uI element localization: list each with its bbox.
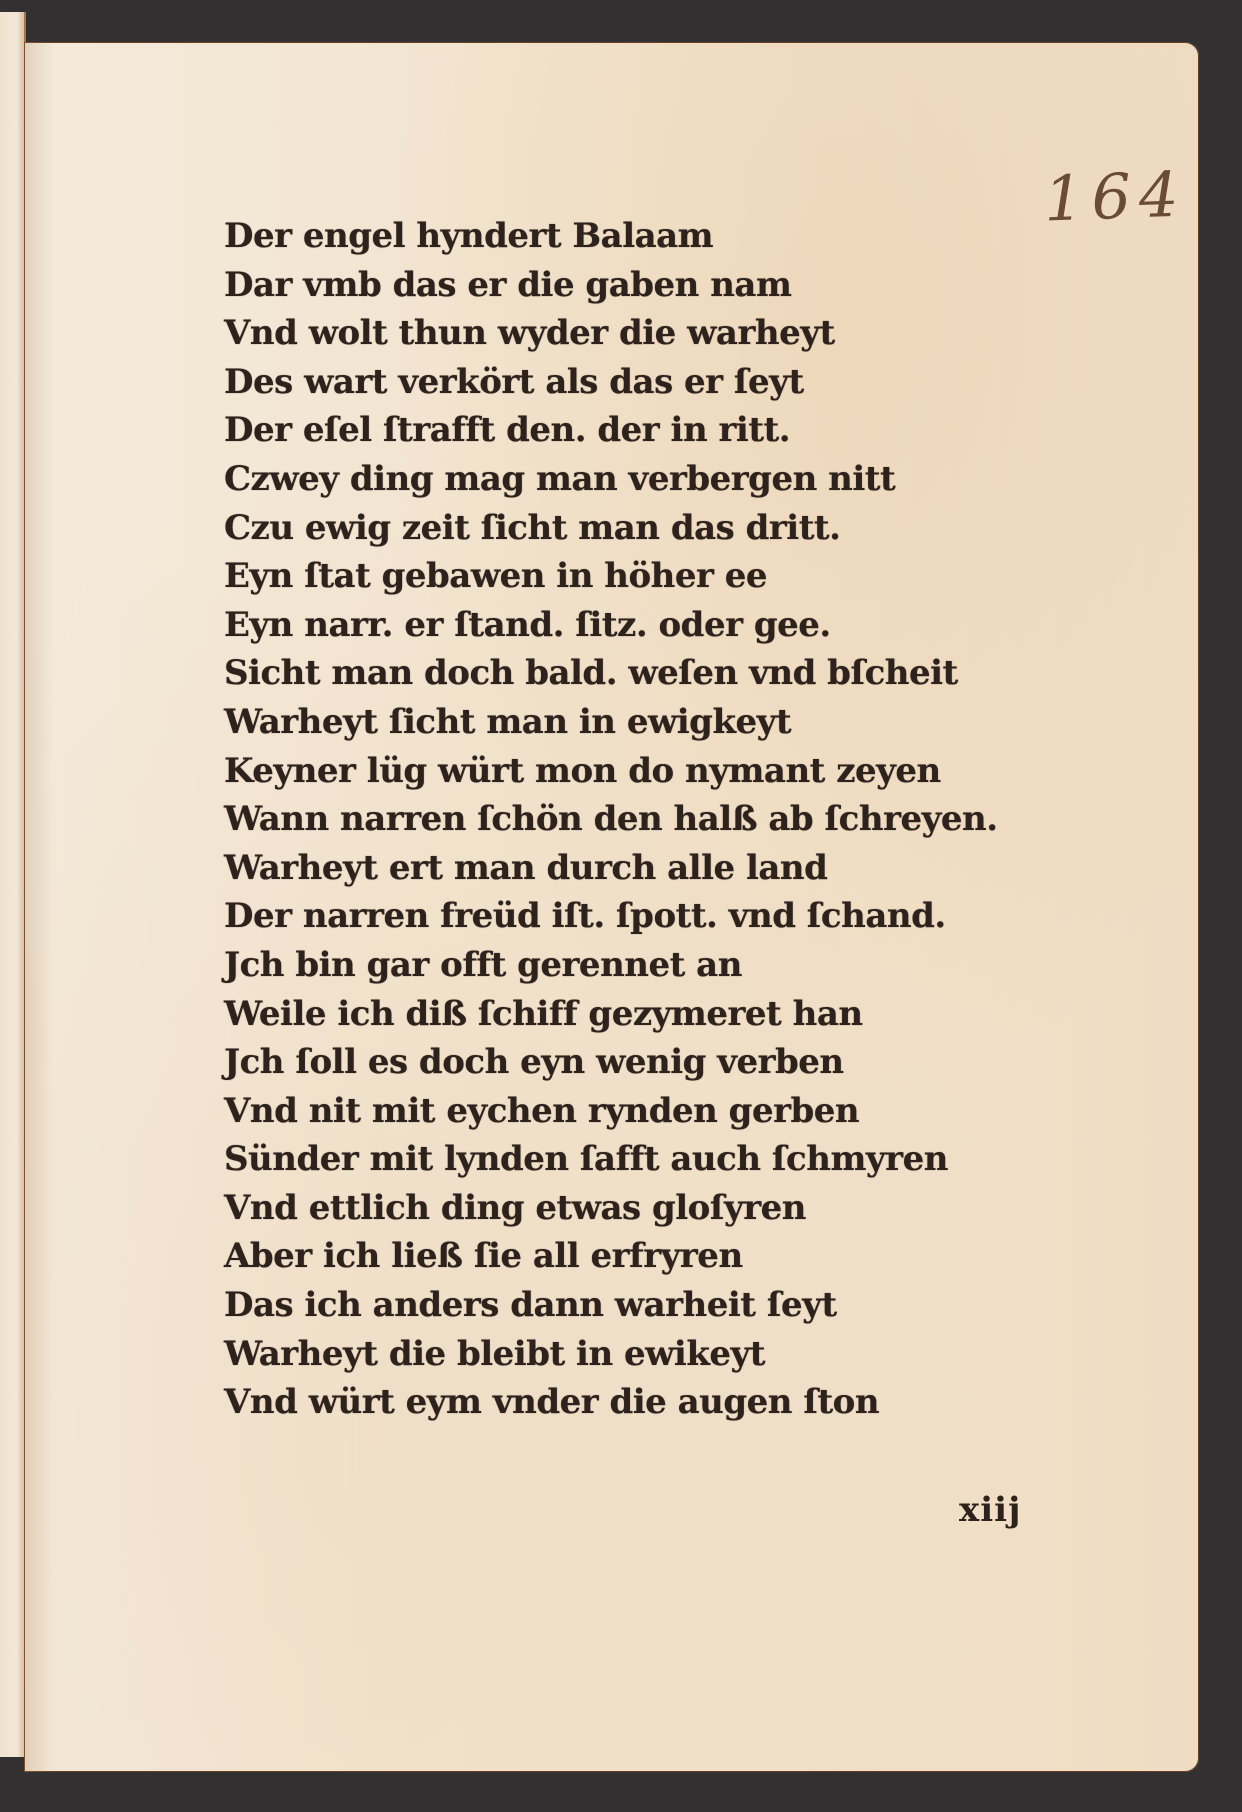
verse-line: Das ich anders dann warheit ſeyt bbox=[224, 1281, 1064, 1330]
verse-line: Czu ewig zeit ſicht man das dritt. bbox=[224, 504, 1064, 553]
previous-page-edge bbox=[0, 12, 26, 1757]
verse-line: Warheyt ert man durch alle land bbox=[224, 844, 1064, 893]
verse-line: Eyn narr. er ſtand. ſitz. oder gee. bbox=[224, 601, 1064, 650]
verse-text-block: Der engel hyndert Balaam Dar vmb das er … bbox=[224, 212, 1064, 1427]
handwritten-folio-number: 164 bbox=[1043, 158, 1188, 236]
book-page: 164 Der engel hyndert Balaam Dar vmb das… bbox=[24, 42, 1199, 1772]
book-scan-scene: 164 Der engel hyndert Balaam Dar vmb das… bbox=[0, 0, 1242, 1812]
verse-line: Wann narren ſchön den halß ab ſchreyen. bbox=[224, 795, 1064, 844]
verse-line: Warheyt ſicht man in ewigkeyt bbox=[224, 698, 1064, 747]
verse-line: Weile ich diß ſchiff gezymeret han bbox=[224, 990, 1064, 1039]
verse-line: Jch ſoll es doch eyn wenig verben bbox=[224, 1038, 1064, 1087]
verse-line: Vnd ettlich ding etwas gloſyren bbox=[224, 1184, 1064, 1233]
verse-line: Aber ich liеß ſie all erfryren bbox=[224, 1232, 1064, 1281]
verse-line: Sicht man doch bald. weſen vnd bſcheit bbox=[224, 649, 1064, 698]
verse-line: Des wart verkört als das er ſeyt bbox=[224, 358, 1064, 407]
verse-line: Warheyt die bleibt in ewikeyt bbox=[224, 1330, 1064, 1379]
verse-line: Der narren freüd iſt. ſpott. vnd ſchand. bbox=[224, 892, 1064, 941]
verse-line: Der eſel ſtrafft den. der in ritt. bbox=[224, 406, 1064, 455]
verse-line: Czwey ding mag man verbergen nitt bbox=[224, 455, 1064, 504]
verse-line: Vnd würt eym vnder die augen ſton bbox=[224, 1378, 1064, 1427]
verse-line: Keyner lüg würt mon do nymant zeyen bbox=[224, 747, 1064, 796]
verse-line: Vnd nit mit eychen rynden gerben bbox=[224, 1087, 1064, 1136]
verse-line: Dar vmb das er die gaben nam bbox=[224, 261, 1064, 310]
verse-line: Sünder mit lynden ſafft auch ſchmyren bbox=[224, 1135, 1064, 1184]
verse-line: Vnd wolt thun wyder die warheyt bbox=[224, 309, 1064, 358]
verse-line: Der engel hyndert Balaam bbox=[224, 212, 1064, 261]
verse-line: Eyn ſtat gebawen in höher ee bbox=[224, 552, 1064, 601]
verse-line: Jch bin gar offt gerennet an bbox=[224, 941, 1064, 990]
signature-mark: xiij bbox=[959, 1490, 1021, 1530]
